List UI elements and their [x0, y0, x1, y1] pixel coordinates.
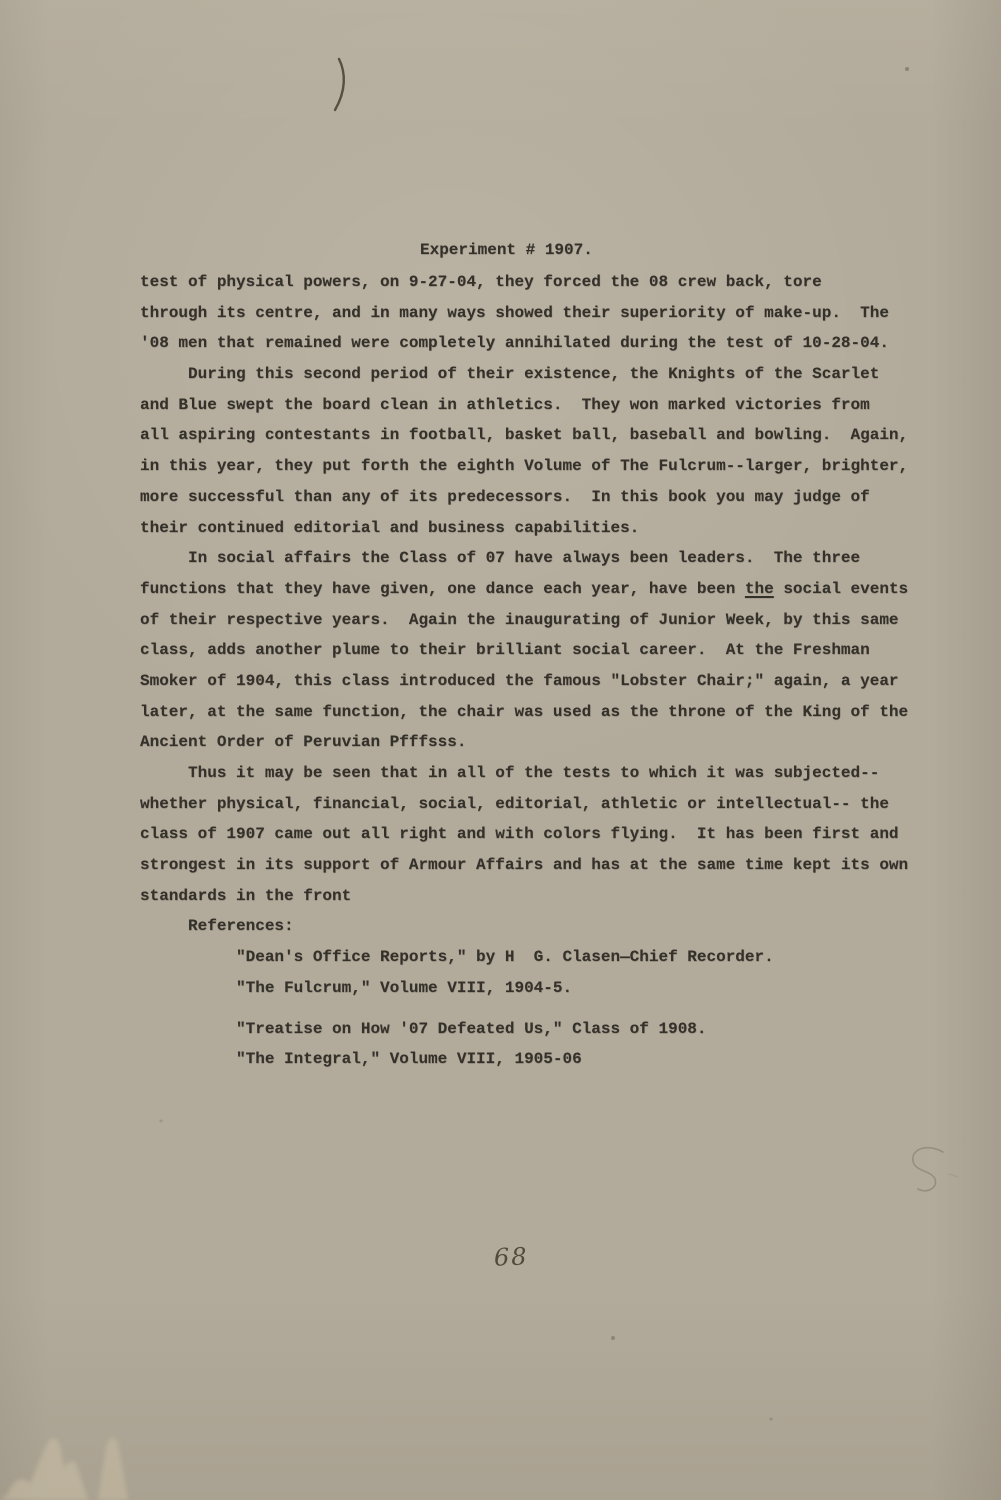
text-line: their continued editorial and business c…	[140, 513, 960, 544]
text-line: strongest in its support of Armour Affai…	[140, 850, 960, 881]
page-number: 68	[494, 1242, 530, 1271]
text-line: and Blue swept the board clean in athlet…	[140, 390, 960, 421]
text-line: class of 1907 came out all right and wit…	[140, 819, 960, 850]
text-line: "Treatise on How '07 Defeated Us," Class…	[140, 1014, 960, 1045]
text-line: In social affairs the Class of 07 have a…	[140, 543, 960, 574]
text-line: functions that they have given, one danc…	[140, 574, 960, 605]
text-line: "The Fulcrum," Volume VIII, 1904-5.	[140, 973, 960, 1004]
text-line: whether physical, financial, social, edi…	[140, 789, 960, 820]
pen-stroke-mark	[332, 56, 356, 116]
text-line: Smoker of 1904, this class introduced th…	[140, 666, 960, 697]
scanned-document-page: { "document": { "title": "Experiment # 1…	[0, 0, 1001, 1500]
corner-stain	[0, 1398, 230, 1500]
text-line: Ancient Order of Peruvian Pfffsss.	[140, 727, 960, 758]
paper-specks	[0, 0, 2, 2]
text-line: through its centre, and in many ways sho…	[140, 298, 960, 329]
text-line: class, adds another plume to their brill…	[140, 635, 960, 666]
text-line: '08 men that remained were completely an…	[140, 328, 960, 359]
text-line: later, at the same function, the chair w…	[140, 697, 960, 728]
text-line: test of physical powers, on 9-27-04, the…	[140, 267, 960, 298]
text-line: During this second period of their exist…	[140, 359, 960, 390]
text-line: "Dean's Office Reports," by H G. Clasen—…	[140, 942, 960, 973]
text-line: all aspiring contestants in football, ba…	[140, 420, 960, 451]
text-line: References:	[140, 911, 960, 942]
body-lines: test of physical powers, on 9-27-04, the…	[140, 267, 960, 1075]
pencil-squiggle-mark	[891, 1144, 965, 1202]
text-line: more successful than any of its predeces…	[140, 482, 960, 513]
text-line: of their respective years. Again the ina…	[140, 605, 960, 636]
page-title: Experiment # 1907.	[420, 235, 593, 265]
text-line: standards in the front	[140, 881, 960, 912]
text-line: Thus it may be seen that in all of the t…	[140, 758, 960, 789]
text-line: "The Integral," Volume VIII, 1905-06	[140, 1044, 960, 1075]
text-line: in this year, they put forth the eighth …	[140, 451, 960, 482]
